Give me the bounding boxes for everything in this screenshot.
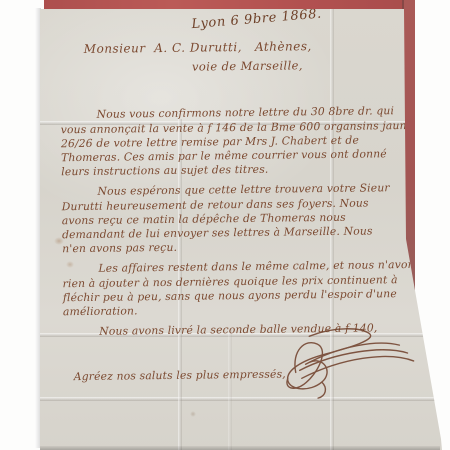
letter-photo: Lyon 6 9bre 1868. Monsieur A. C. Durutti…: [0, 0, 450, 450]
letter-dateline: Lyon 6 9bre 1868.: [191, 7, 322, 33]
handwriting-layer: Lyon 6 9bre 1868. Monsieur A. C. Durutti…: [39, 5, 446, 450]
paper-bottom-shadow: [40, 446, 440, 450]
red-mat-top-edge: [44, 0, 412, 9]
letter-via-line: voie de Marseille,: [192, 58, 303, 73]
letter-paper: Lyon 6 9bre 1868. Monsieur A. C. Durutti…: [40, 9, 442, 450]
letter-paragraph: Nous espérons que cette lettre trouvera …: [61, 181, 418, 256]
letter-line: amélioration.: [63, 301, 419, 320]
signature-flourish: [265, 321, 424, 403]
letter-line: n'en avons pas reçu.: [62, 238, 418, 257]
letter-paragraph: Les affaires restent dans le même calme,…: [62, 258, 419, 319]
letter-paragraphs: Nous vous confirmons notre lettre du 30 …: [60, 104, 419, 339]
letter-paragraph: Nous vous confirmons notre lettre du 30 …: [60, 104, 417, 179]
letter-line: leurs instructions au sujet des titres.: [61, 161, 417, 180]
letter-recipient-line: Monsieur A. C. Durutti, Athènes,: [84, 39, 312, 56]
